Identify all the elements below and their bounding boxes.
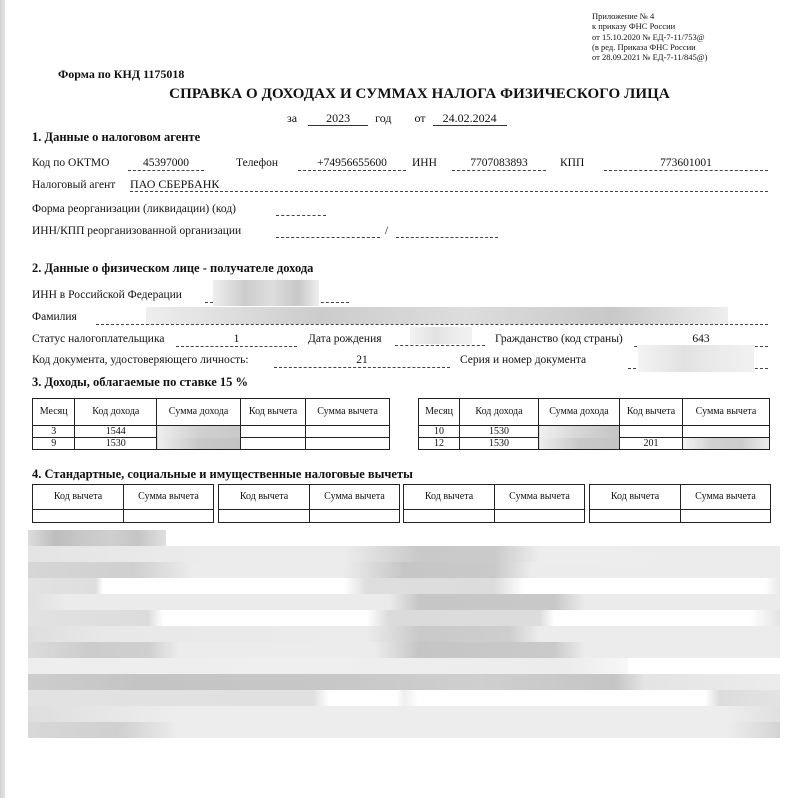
- reorg-inn-value: [276, 225, 380, 238]
- agent-inn-label: ИНН: [412, 157, 437, 169]
- form-code: Форма по КНД 1175018: [58, 67, 184, 82]
- deduction-code-cell: [590, 510, 681, 523]
- redacted-person-inn: [213, 280, 319, 306]
- col-income-sum: Сумма дохода: [157, 399, 241, 426]
- kpp-label: КПП: [560, 157, 584, 169]
- reorg-separator: /: [385, 225, 388, 237]
- deduction-table-2: Код вычетаСумма вычета: [218, 484, 400, 523]
- deduction-sum-cell: [681, 510, 771, 523]
- table-row: 10 1530: [419, 426, 770, 438]
- month-cell: 3: [33, 426, 75, 438]
- col-month: Месяц: [419, 399, 460, 426]
- agent-label: Налоговый агент: [32, 179, 115, 191]
- income-table-left: Месяц Код дохода Сумма дохода Код вычета…: [32, 398, 390, 450]
- col-deduction-code: Код вычета: [620, 399, 683, 426]
- oktmo-label: Код по ОКТМО: [32, 157, 109, 169]
- table-row: 9 1530: [33, 438, 390, 450]
- col-deduction-sum: Сумма вычета: [681, 485, 771, 510]
- table-row: 3 1544: [33, 426, 390, 438]
- period-year: 2023: [308, 111, 368, 126]
- deduction-sum-cell: [306, 438, 390, 450]
- birth-label: Дата рождения: [308, 333, 382, 345]
- phone-value: +74956655600: [298, 157, 406, 171]
- col-income-code: Код дохода: [75, 399, 157, 426]
- reorg-form-value: [276, 203, 326, 216]
- period-year-suffix: год: [375, 111, 391, 125]
- col-deduction-code: Код вычета: [590, 485, 681, 510]
- deduction-sum-cell: [310, 510, 400, 523]
- col-deduction-code: Код вычета: [404, 485, 495, 510]
- deduction-sum-cell: [683, 426, 770, 438]
- table-row: [404, 510, 585, 523]
- col-income-sum: Сумма дохода: [539, 399, 620, 426]
- redacted-income-sum: [539, 438, 620, 450]
- deduction-table-4: Код вычетаСумма вычета: [589, 484, 771, 523]
- appendix-line: (в ред. Приказа ФНС России: [592, 42, 782, 52]
- month-cell: 10: [419, 426, 460, 438]
- period-for-label: за: [287, 111, 297, 125]
- income-code-cell: 1530: [460, 438, 539, 450]
- deduction-table-3: Код вычетаСумма вычета: [403, 484, 585, 523]
- income-code-cell: 1530: [75, 438, 157, 450]
- table-row: [219, 510, 400, 523]
- col-deduction-code: Код вычета: [33, 485, 124, 510]
- table-row: [590, 510, 771, 523]
- deduction-code-cell: [620, 426, 683, 438]
- deduction-code-cell: 201: [620, 438, 683, 450]
- period-date: 24.02.2024: [433, 111, 507, 126]
- income-table-right: Месяц Код дохода Сумма дохода Код вычета…: [418, 398, 770, 450]
- appendix-note: Приложение № 4 к приказу ФНС России от 1…: [592, 11, 782, 62]
- col-deduction-sum: Сумма вычета: [124, 485, 214, 510]
- col-deduction-code: Код вычета: [240, 399, 305, 426]
- col-deduction-code: Код вычета: [219, 485, 310, 510]
- person-inn-label: ИНН в Российской Федерации: [32, 289, 182, 301]
- redacted-income-sum: [157, 426, 241, 438]
- document-title: СПРАВКА О ДОХОДАХ И СУММАХ НАЛОГА ФИЗИЧЕ…: [0, 86, 791, 103]
- section4-heading: 4. Стандартные, социальные и имущественн…: [32, 467, 413, 482]
- page-edge: [0, 0, 5, 798]
- redacted-income-sum: [539, 426, 620, 438]
- agent-value: ПАО СБЕРБАНК: [130, 178, 768, 192]
- status-value: 1: [176, 333, 297, 347]
- table-row: 12 1530 201: [419, 438, 770, 450]
- period-from-label: от: [414, 111, 425, 125]
- col-deduction-sum: Сумма вычета: [495, 485, 585, 510]
- doc-code-value: 21: [274, 354, 450, 368]
- month-cell: 12: [419, 438, 460, 450]
- appendix-line: от 15.10.2020 № ЕД-7-11/753@: [592, 32, 782, 42]
- period-line: за 2023 год от 24.02.2024: [287, 111, 507, 126]
- redacted-section5: [28, 530, 780, 740]
- reorg-innkpp-label: ИНН/КПП реорганизованной организации: [32, 225, 241, 237]
- income-code-cell: 1544: [75, 426, 157, 438]
- redacted-birth: [410, 327, 472, 344]
- agent-inn-value: 7707083893: [452, 157, 546, 171]
- reorg-kpp-value: [396, 225, 498, 238]
- deduction-code-cell: [240, 426, 305, 438]
- redacted-surname: [146, 307, 728, 324]
- redacted-doc-number: [638, 345, 754, 372]
- deduction-table-1: Код вычетаСумма вычета: [32, 484, 214, 523]
- phone-label: Телефон: [236, 157, 278, 169]
- deduction-code-cell: [219, 510, 310, 523]
- doc-code-label: Код документа, удостоверяющего личность:: [32, 354, 249, 366]
- reorg-form-label: Форма реорганизации (ликвидации) (код): [32, 203, 236, 215]
- section3-heading: 3. Доходы, облагаемые по ставке 15 %: [32, 375, 248, 390]
- col-deduction-sum: Сумма вычета: [306, 399, 390, 426]
- col-deduction-sum: Сумма вычета: [683, 399, 770, 426]
- doc-number-label: Серия и номер документа: [460, 354, 586, 366]
- month-cell: 9: [33, 438, 75, 450]
- col-income-code: Код дохода: [460, 399, 539, 426]
- col-month: Месяц: [33, 399, 75, 426]
- surname-label: Фамилия: [32, 311, 77, 323]
- kpp-value: 773601001: [604, 157, 768, 171]
- section2-heading: 2. Данные о физическом лице - получателе…: [32, 261, 313, 276]
- deduction-sum-cell: [124, 510, 214, 523]
- table-row: [33, 510, 214, 523]
- income-code-cell: 1530: [460, 426, 539, 438]
- deduction-sum-cell: [306, 426, 390, 438]
- redacted-deduction-sum: [683, 438, 770, 450]
- status-label: Статус налогоплательщика: [32, 333, 164, 345]
- appendix-line: Приложение № 4: [592, 11, 782, 21]
- deduction-code-cell: [240, 438, 305, 450]
- appendix-line: к приказу ФНС России: [592, 21, 782, 31]
- deduction-code-cell: [33, 510, 124, 523]
- deduction-sum-cell: [495, 510, 585, 523]
- appendix-line: от 28.09.2021 № ЕД-7-11/845@): [592, 52, 782, 62]
- citizenship-label: Гражданство (код страны): [495, 333, 623, 345]
- oktmo-value: 45397000: [128, 157, 204, 171]
- col-deduction-sum: Сумма вычета: [310, 485, 400, 510]
- redacted-income-sum: [157, 438, 241, 450]
- section1-heading: 1. Данные о налоговом агенте: [32, 130, 200, 145]
- deduction-code-cell: [404, 510, 495, 523]
